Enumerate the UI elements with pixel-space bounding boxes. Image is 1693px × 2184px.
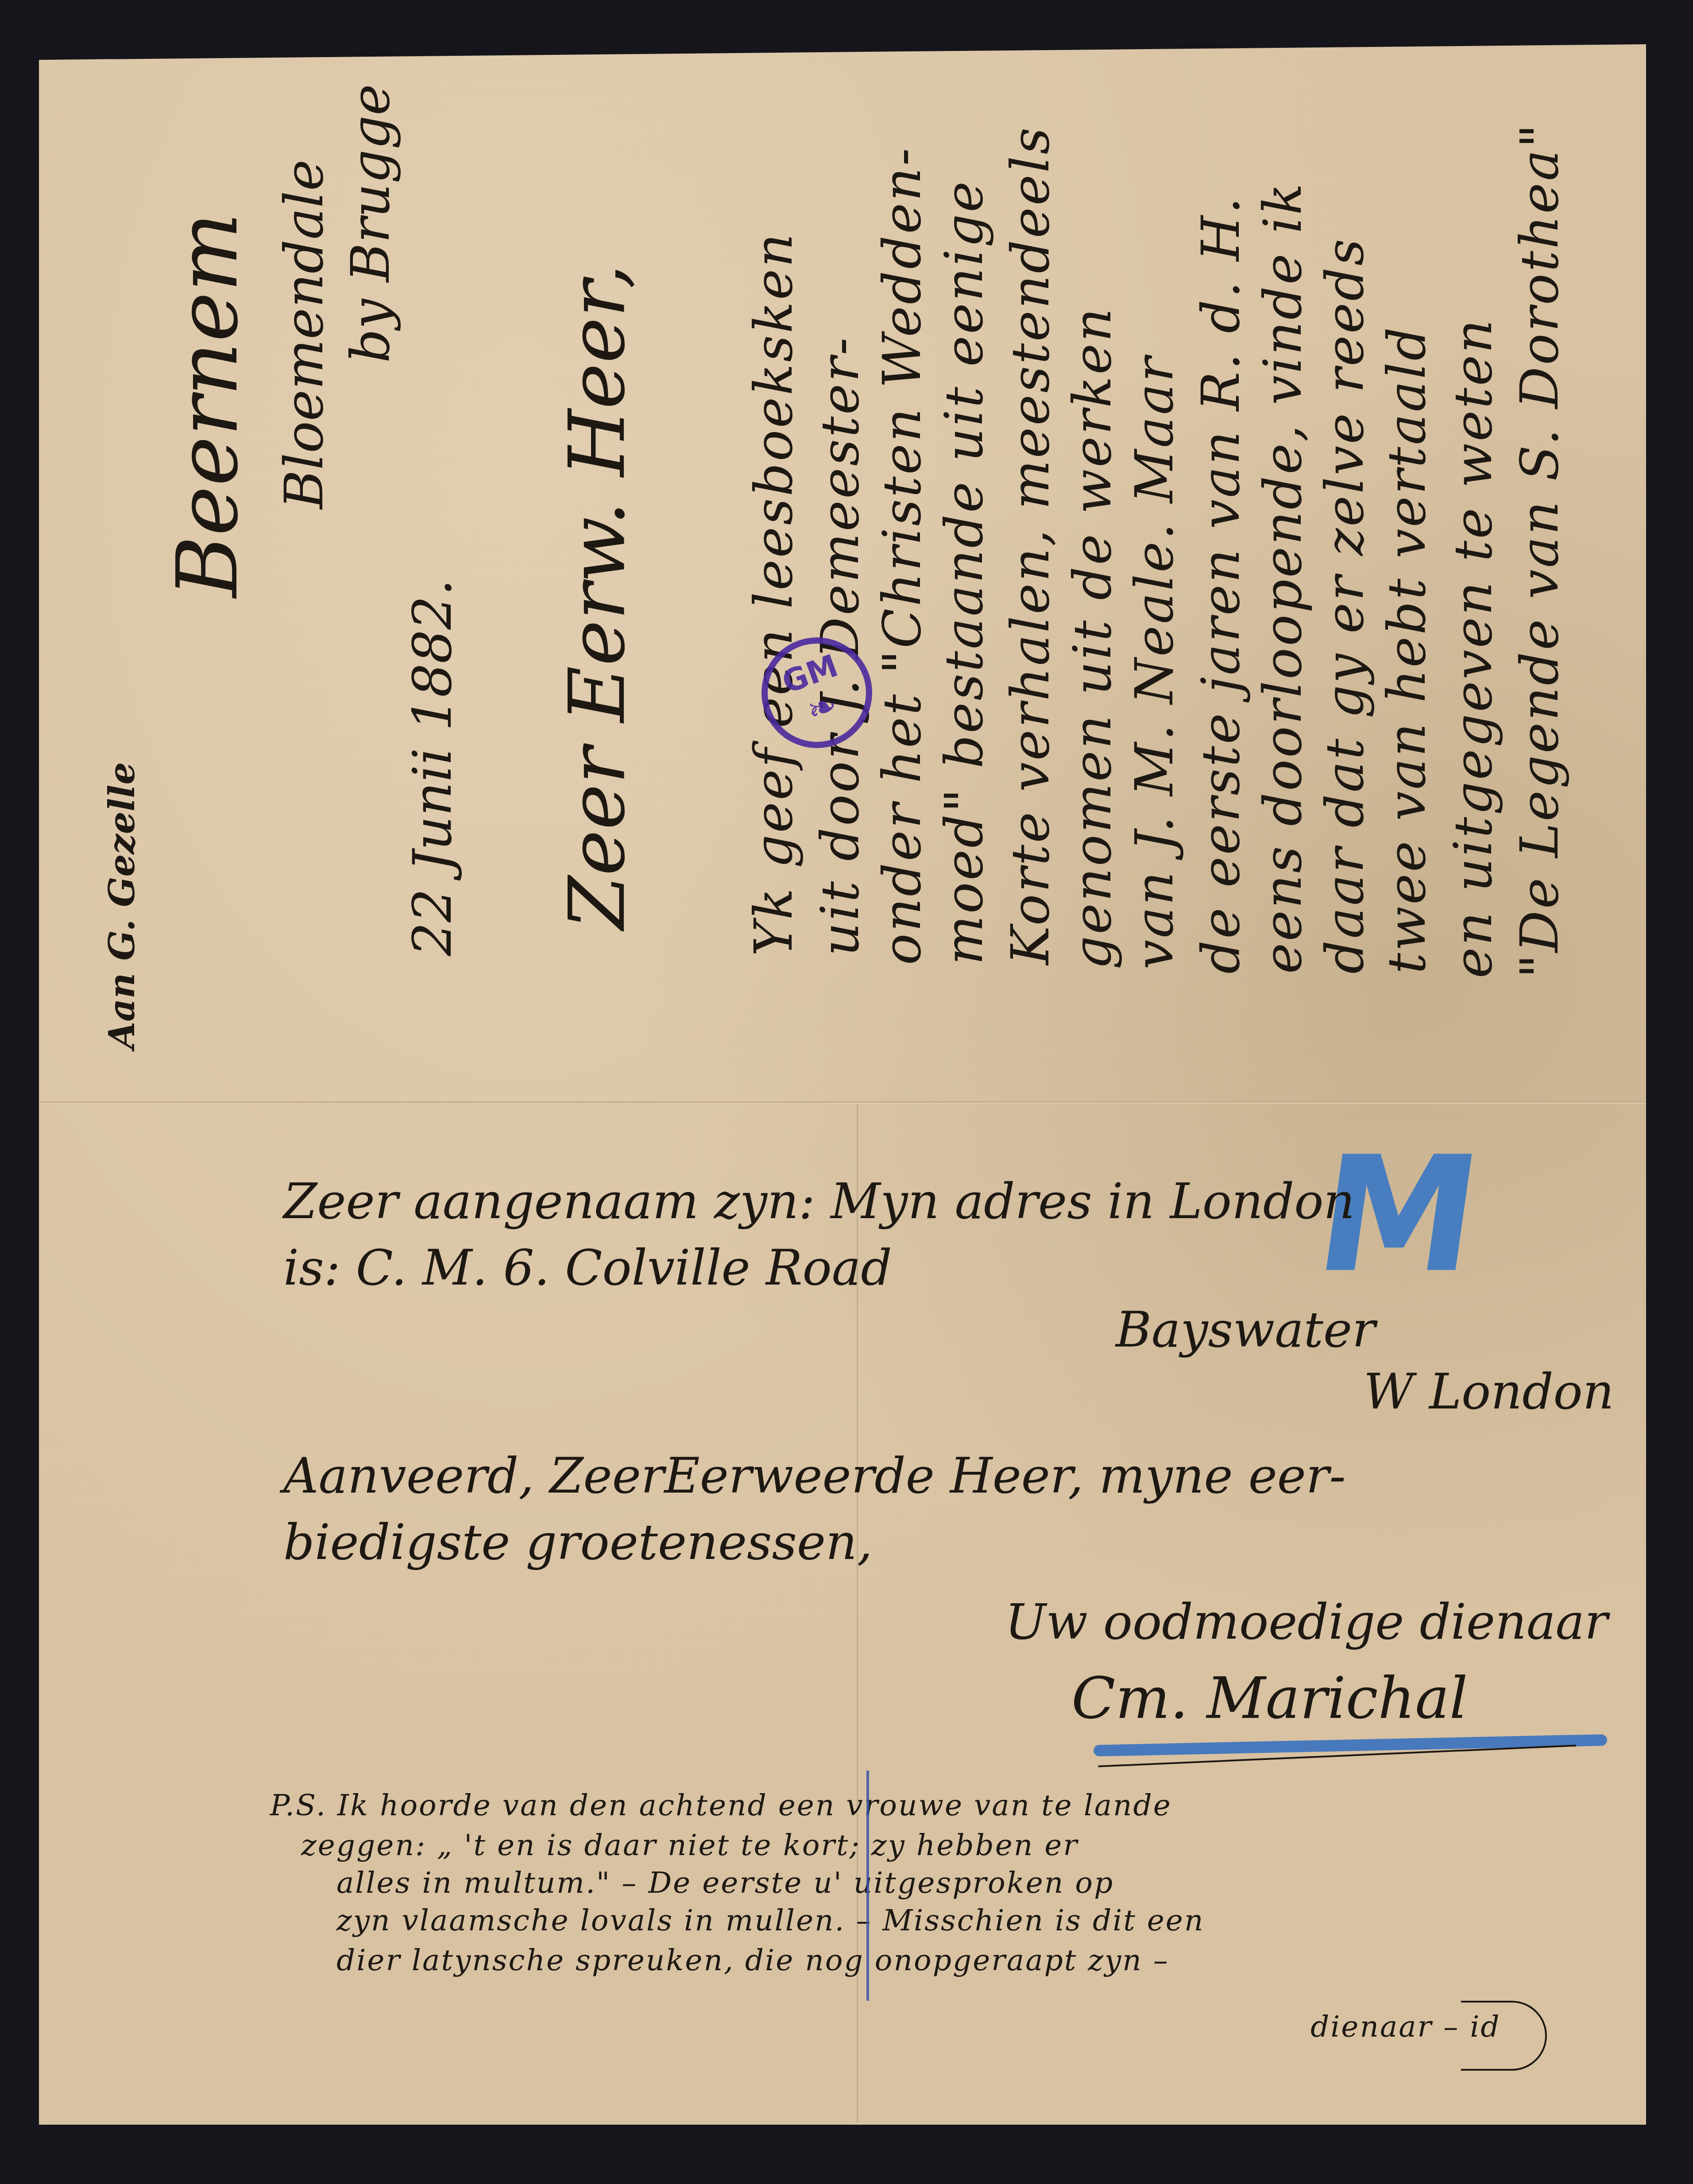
flourish-mark xyxy=(1461,2001,1547,2071)
body-line: Yk geef een leesboeksken xyxy=(743,232,804,956)
body-line: daar dat gy er zelve reeds xyxy=(1314,237,1375,974)
letter-date: 22 Junii 1882. xyxy=(402,579,464,956)
valediction: Uw oodmoedige dienaar xyxy=(1005,1594,1608,1650)
closing-line-1: Aanveerd, ZeerEerweerde Heer, myne eer- xyxy=(283,1447,1346,1504)
ps-line: zeggen: „ 't en is daar niet te kort; zy… xyxy=(301,1828,1078,1862)
ps-line: zyn vlaamsche lovals in mullen. – Missch… xyxy=(336,1903,1204,1937)
margin-note: Aan G. Gezelle xyxy=(101,762,143,1049)
address-line-1: Zeer aangenaam zyn: Myn adres in London xyxy=(283,1173,1355,1230)
ps-line: P.S. Ik hoorde van den achtend een vrouw… xyxy=(270,1788,1172,1822)
ps-line: dier latynsche spreuken, die nog onopger… xyxy=(336,1943,1169,1977)
address-line-2: is: C. M. 6. Colville Road xyxy=(283,1239,892,1296)
body-line: "De Legende van S. Dorothea" xyxy=(1509,122,1570,978)
body-line: de eerste jaren van R. d. H. xyxy=(1190,196,1251,974)
body-line: twee van hebt vertaald xyxy=(1376,325,1437,974)
address-line-3: Bayswater xyxy=(1116,1301,1376,1358)
body-line: Korte verhalen, meestendeels xyxy=(1000,126,1061,965)
place-sub-2: by Brugge xyxy=(340,84,402,363)
ps-line: alles in multum." – De eerste u' uitgesp… xyxy=(336,1866,1114,1900)
upper-half: Aan G. Gezelle Beernem Bloemendale by Br… xyxy=(39,44,1646,1102)
body-line: eens doorloopende, vinde ik xyxy=(1252,181,1313,974)
closing-line-2: biedigste groetenessen, xyxy=(283,1514,873,1570)
body-line: onder het "Christen Wedden- xyxy=(871,147,932,965)
body-line: van J. M. Neale. Maar xyxy=(1124,355,1185,969)
body-line: moed" bestaande uit eenige xyxy=(933,180,994,965)
blue-vertical-line xyxy=(866,1771,869,2001)
address-line-4: W London xyxy=(1364,1363,1614,1420)
place-sub-1: Bloemendale xyxy=(274,159,335,509)
salutation: Zeer Eerw. Heer, xyxy=(553,264,642,930)
body-line: en uitgegeven te weten xyxy=(1442,318,1504,978)
signature: Cm. Marichal xyxy=(1071,1664,1468,1732)
place-heading: Beernem xyxy=(158,212,256,598)
body-line: genomen uit de werken xyxy=(1062,306,1123,969)
